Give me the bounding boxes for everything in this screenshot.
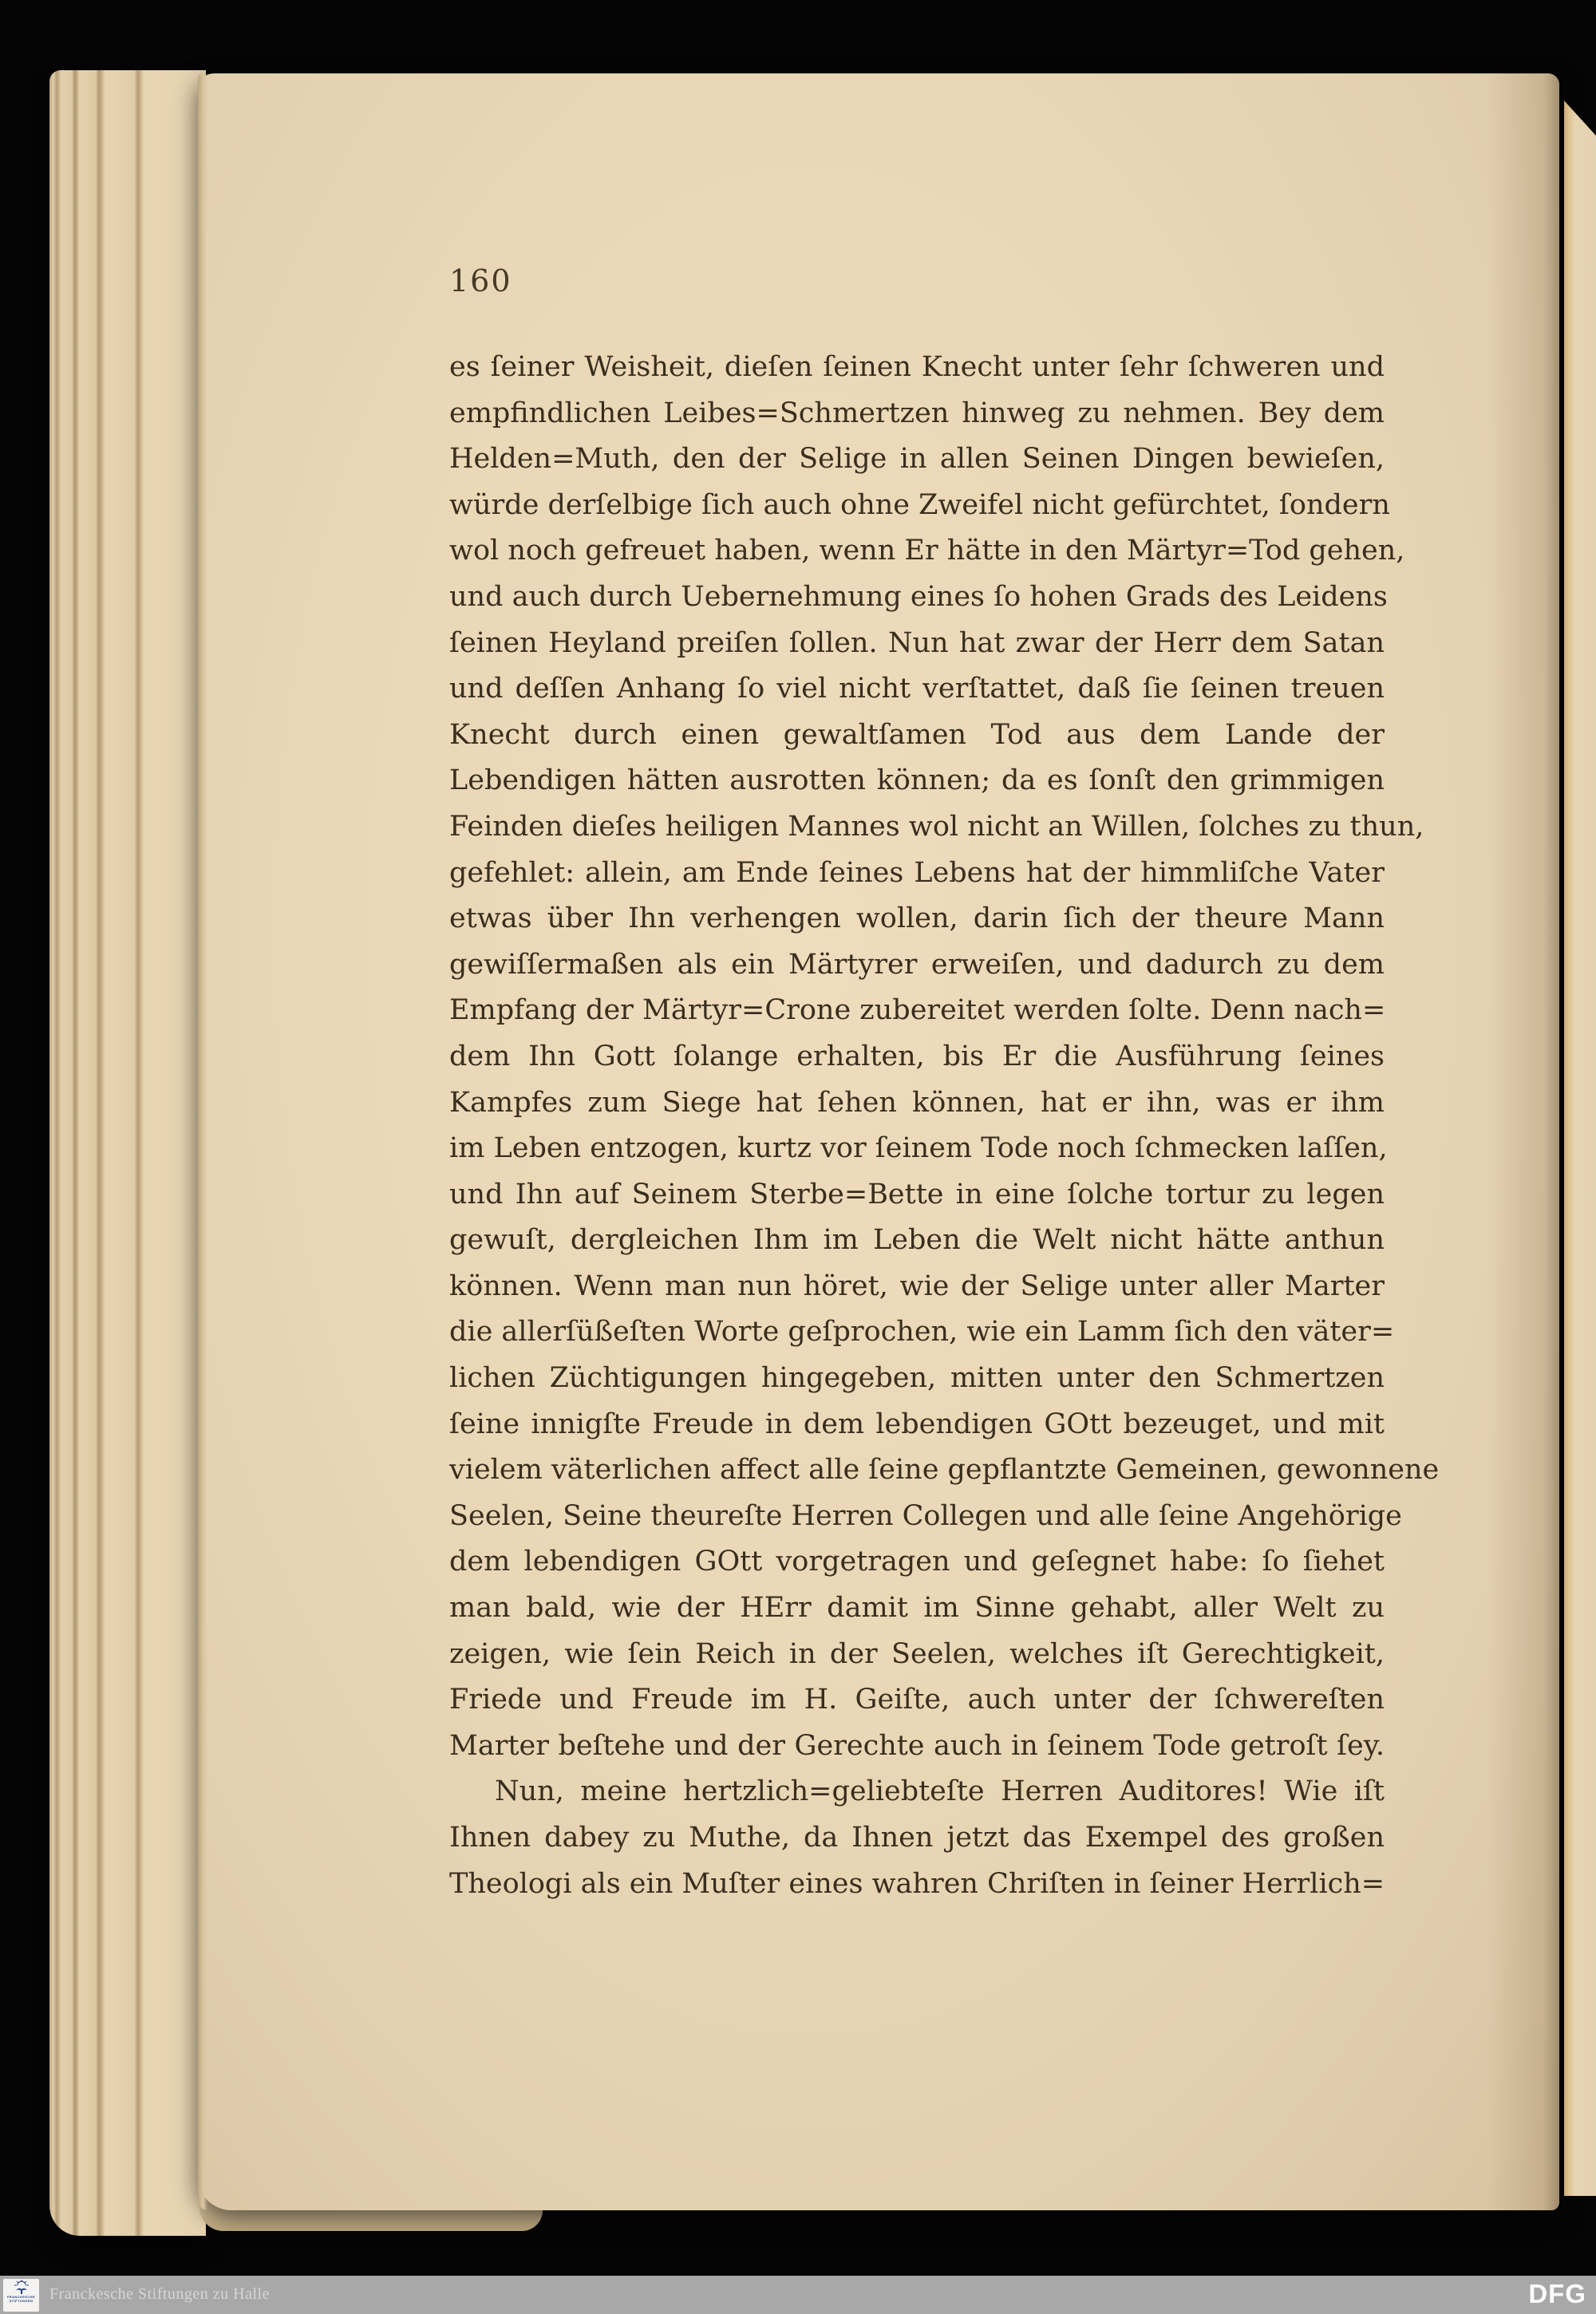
text-line: etwas über Ihn verhengen wollen, darin ſ… xyxy=(449,896,1385,942)
text-line: vielem väterlichen affect alle ſeine gep… xyxy=(449,1447,1385,1494)
text-line: Friede und Freude im H. Geiſte, auch unt… xyxy=(449,1677,1385,1724)
institution-logo-caption: FRANCKESCHE STIFTUNGEN xyxy=(7,2296,35,2303)
page-number: 160 xyxy=(449,263,512,298)
text-line: und auch durch Uebernehmung eines ſo hoh… xyxy=(449,575,1385,621)
text-line: können. Wenn man nun höret, wie der Seli… xyxy=(449,1264,1385,1310)
text-line: Knecht durch einen gewaltſamen Tod aus d… xyxy=(449,713,1385,759)
text-line: gewuſt, dergleichen Ihm im Leben die Wel… xyxy=(449,1218,1385,1264)
text-line: würde derſelbige ſich auch ohne Zweifel … xyxy=(449,483,1385,529)
text-line: dem Ihn Gott ſolange erhalten, bis Er di… xyxy=(449,1034,1385,1080)
institution-name: Franckesche Stiftungen zu Halle xyxy=(49,2276,270,2314)
page-text: es ſeiner Weisheit, dieſen ſeinen Knecht… xyxy=(449,345,1385,1907)
franckesche-stiftungen-emblem-icon xyxy=(11,2279,32,2295)
adjacent-page-edge xyxy=(1564,89,1596,2196)
dfg-logo: DFG xyxy=(1528,2276,1586,2314)
text-line: die allerſüßeſten Worte geſprochen, wie … xyxy=(449,1309,1385,1356)
text-line: Marter beſtehe und der Gerechte auch in … xyxy=(449,1724,1385,1770)
text-line: ſeine innigſte Freude in dem lebendigen … xyxy=(449,1402,1385,1448)
text-line: gefehlet: allein, am Ende ſeines Lebens … xyxy=(449,851,1385,897)
text-line: und Ihn auf Seinem Sterbe=Bette in eine … xyxy=(449,1172,1385,1218)
text-line: Feinden dieſes heiligen Mannes wol nicht… xyxy=(449,804,1385,851)
text-line: dem lebendigen GOtt vorgetragen und geſe… xyxy=(449,1539,1385,1585)
text-line: Seelen, Seine theureſte Herren Collegen … xyxy=(449,1494,1385,1540)
text-line: empfindlichen Leibes=Schmertzen hinweg z… xyxy=(449,391,1385,437)
text-line: Ihnen dabey zu Muthe, da Ihnen jetzt das… xyxy=(449,1815,1385,1862)
text-line: lichen Züchtigungen hingegeben, mitten u… xyxy=(449,1356,1385,1402)
text-line: im Leben entzogen, kurtz vor ſeinem Tode… xyxy=(449,1126,1385,1172)
text-line: Empfang der Märtyr=Crone zubereitet werd… xyxy=(449,988,1385,1034)
viewer-footer: FRANCKESCHE STIFTUNGEN Franckesche Stift… xyxy=(0,2276,1596,2314)
text-line: gewiſſermaßen als ein Märtyrer erweiſen,… xyxy=(449,942,1385,989)
text-line: man bald, wie der HErr damit im Sinne ge… xyxy=(449,1585,1385,1632)
text-line: Lebendigen hätten ausrotten können; da e… xyxy=(449,758,1385,804)
text-line: Nun, meine hertzlich=geliebteſte Herren … xyxy=(449,1769,1385,1815)
text-line: Theologi als ein Muſter eines wahren Chr… xyxy=(449,1862,1385,1908)
scan-viewer: 160 es ſeiner Weisheit, dieſen ſeinen Kn… xyxy=(0,0,1596,2314)
text-line: wol noch gefreuet haben, wenn Er hätte i… xyxy=(449,528,1385,575)
text-line: Kampfes zum Siege hat ſehen können, hat … xyxy=(449,1080,1385,1127)
institution-logo: FRANCKESCHE STIFTUNGEN xyxy=(3,2279,39,2312)
text-line: zeigen, wie ſein Reich in der Seelen, we… xyxy=(449,1632,1385,1678)
text-line: ſeinen Heyland preiſen ſollen. Nun hat z… xyxy=(449,621,1385,667)
book-page: 160 es ſeiner Weisheit, dieſen ſeinen Kn… xyxy=(198,73,1559,2210)
text-line: es ſeiner Weisheit, dieſen ſeinen Knecht… xyxy=(449,345,1385,391)
text-line: Helden=Muth, den der Selige in allen Sei… xyxy=(449,436,1385,483)
book-page-edges xyxy=(49,70,206,2236)
text-line: und deſſen Anhang ſo viel nicht verſtatt… xyxy=(449,666,1385,713)
